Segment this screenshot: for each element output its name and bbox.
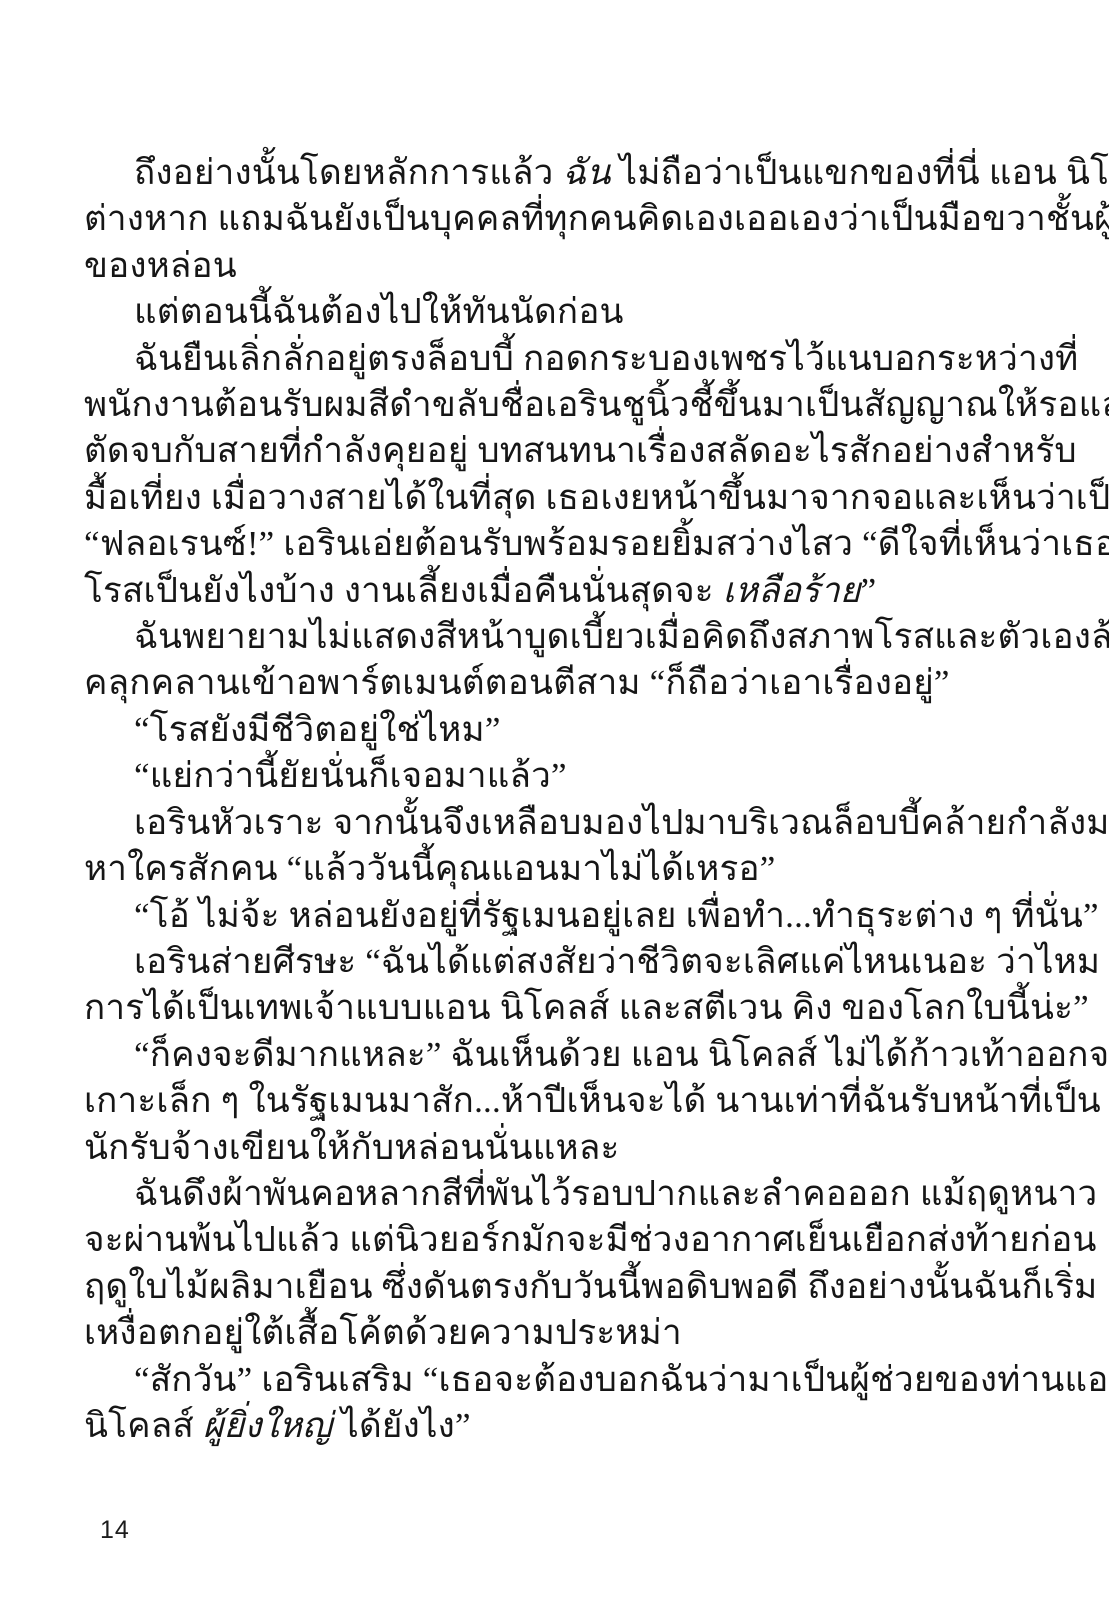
text-run: “ฟลอเรนซ์!” เอรินเอ่ยต้อนรับพร้อมรอยยิ้ม…	[84, 524, 1109, 563]
text-run: ได้ยังไง”	[332, 1406, 471, 1445]
text-run: เกาะเล็ก ๆ ในรัฐเมนมาสัก...ห้าปีเห็นจะได…	[84, 1081, 1101, 1120]
text-line: หาใครสักคน “แล้ววันนี้คุณแอนมาไม่ได้เหรอ…	[84, 846, 896, 892]
text-line: เกาะเล็ก ๆ ในรัฐเมนมาสัก...ห้าปีเห็นจะได…	[84, 1078, 896, 1124]
text-run: “โอ้ ไม่จ้ะ หล่อนยังอยู่ที่รัฐเมนอยู่เลย…	[134, 896, 1099, 935]
text-line: พนักงานต้อนรับผมสีดำขลับชื่อเอรินชูนิ้วช…	[84, 382, 896, 428]
text-run: โรสเป็นยังไงบ้าง งานเลี้ยงเมื่อคืนนั่นสุ…	[84, 571, 723, 610]
text-run: มื้อเที่ยง เมื่อวางสายได้ในที่สุด เธอเงย…	[84, 478, 1109, 517]
text-line: นักรับจ้างเขียนให้กับหล่อนนั่นแหละ	[84, 1125, 896, 1171]
text-run: ฤดูใบไม้ผลิมาเยือน ซึ่งดันตรงกับวันนี้พอ…	[84, 1267, 1097, 1306]
emphasis-text: ฉัน	[562, 153, 610, 192]
text-line: ฉันยืนเลิ่กลั่กอยู่ตรงล็อบบี้ กอดกระบองเ…	[84, 336, 896, 382]
text-run: เอรินส่ายศีรษะ “ฉันได้แต่สงสัยว่าชีวิตจะ…	[134, 942, 1100, 981]
text-line: ของหล่อน	[84, 243, 896, 289]
emphasis-text: ผู้ยิ่งใหญ่	[203, 1406, 332, 1445]
body-text: ถึงอย่างนั้นโดยหลักการแล้ว ฉัน ไม่ถือว่า…	[84, 150, 896, 1449]
text-line: ฤดูใบไม้ผลิมาเยือน ซึ่งดันตรงกับวันนี้พอ…	[84, 1264, 896, 1310]
text-line: “โรสยังมีชีวิตอยู่ใช่ไหม”	[84, 707, 896, 753]
text-line: จะผ่านพ้นไปแล้ว แต่นิวยอร์กมักจะมีช่วงอา…	[84, 1217, 896, 1263]
text-line: คลุกคลานเข้าอพาร์ตเมนต์ตอนตีสาม “ก็ถือว่…	[84, 660, 896, 706]
text-run: ถึงอย่างนั้นโดยหลักการแล้ว	[134, 153, 562, 192]
text-run: นิโคลส์	[84, 1406, 203, 1445]
text-line: ถึงอย่างนั้นโดยหลักการแล้ว ฉัน ไม่ถือว่า…	[84, 150, 896, 196]
text-line: ฉันดึงผ้าพันคอหลากสีที่พันไว้รอบปากและลำ…	[84, 1171, 896, 1217]
text-line: การได้เป็นเทพเจ้าแบบแอน นิโคลส์ และสตีเว…	[84, 985, 896, 1031]
text-line: “สักวัน” เอรินเสริม “เธอจะต้องบอกฉันว่าม…	[84, 1357, 896, 1403]
text-run: “แย่กว่านี้ยัยนั่นก็เจอมาแล้ว”	[134, 756, 567, 795]
text-line: ตัดจบกับสายที่กำลังคุยอยู่ บทสนทนาเรื่อง…	[84, 428, 896, 474]
text-run: “สักวัน” เอรินเสริม “เธอจะต้องบอกฉันว่าม…	[134, 1360, 1109, 1399]
text-run: เหงื่อตกอยู่ใต้เสื้อโค้ตด้วยความประหม่า	[84, 1313, 682, 1352]
text-run: คลุกคลานเข้าอพาร์ตเมนต์ตอนตีสาม “ก็ถือว่…	[84, 663, 950, 702]
book-page: ถึงอย่างนั้นโดยหลักการแล้ว ฉัน ไม่ถือว่า…	[0, 0, 1109, 1621]
text-run: พนักงานต้อนรับผมสีดำขลับชื่อเอรินชูนิ้วช…	[84, 385, 1109, 424]
text-line: โรสเป็นยังไงบ้าง งานเลี้ยงเมื่อคืนนั่นสุ…	[84, 568, 896, 614]
text-line: ต่างหาก แถมฉันยังเป็นบุคคลที่ทุกคนคิดเอง…	[84, 196, 896, 242]
text-line: มื้อเที่ยง เมื่อวางสายได้ในที่สุด เธอเงย…	[84, 475, 896, 521]
text-run: หาใครสักคน “แล้ววันนี้คุณแอนมาไม่ได้เหรอ…	[84, 849, 775, 888]
text-run: ต่างหาก แถมฉันยังเป็นบุคคลที่ทุกคนคิดเอง…	[84, 199, 1109, 238]
text-line: เหงื่อตกอยู่ใต้เสื้อโค้ตด้วยความประหม่า	[84, 1310, 896, 1356]
page-number: 14	[100, 1516, 130, 1545]
text-line: เอรินส่ายศีรษะ “ฉันได้แต่สงสัยว่าชีวิตจะ…	[84, 939, 896, 985]
text-run: เอรินหัวเราะ จากนั้นจึงเหลือบมองไปมาบริเ…	[134, 803, 1109, 842]
text-run: ของหล่อน	[84, 246, 237, 285]
text-run: ฉันยืนเลิ่กลั่กอยู่ตรงล็อบบี้ กอดกระบองเ…	[134, 339, 1078, 378]
text-run: ไม่ถือว่าเป็นแขกของที่นี่ แอน นิโคลส์	[611, 153, 1109, 192]
text-run: ฉันพยายามไม่แสดงสีหน้าบูดเบี้ยวเมื่อคิดถ…	[134, 617, 1109, 656]
text-line: “โอ้ ไม่จ้ะ หล่อนยังอยู่ที่รัฐเมนอยู่เลย…	[84, 893, 896, 939]
text-line: แต่ตอนนี้ฉันต้องไปให้ทันนัดก่อน	[84, 289, 896, 335]
text-run: แต่ตอนนี้ฉันต้องไปให้ทันนัดก่อน	[134, 292, 624, 331]
text-run: “ก็คงจะดีมากแหละ” ฉันเห็นด้วย แอน นิโคลส…	[134, 1035, 1109, 1074]
text-run: “โรสยังมีชีวิตอยู่ใช่ไหม”	[134, 710, 501, 749]
text-run: นักรับจ้างเขียนให้กับหล่อนนั่นแหละ	[84, 1128, 619, 1167]
text-run: การได้เป็นเทพเจ้าแบบแอน นิโคลส์ และสตีเว…	[84, 988, 1089, 1027]
emphasis-text: เหลือร้าย	[723, 571, 861, 610]
text-line: นิโคลส์ ผู้ยิ่งใหญ่ ได้ยังไง”	[84, 1403, 896, 1449]
text-line: เอรินหัวเราะ จากนั้นจึงเหลือบมองไปมาบริเ…	[84, 800, 896, 846]
text-line: ฉันพยายามไม่แสดงสีหน้าบูดเบี้ยวเมื่อคิดถ…	[84, 614, 896, 660]
text-line: “แย่กว่านี้ยัยนั่นก็เจอมาแล้ว”	[84, 753, 896, 799]
text-line: “ฟลอเรนซ์!” เอรินเอ่ยต้อนรับพร้อมรอยยิ้ม…	[84, 521, 896, 567]
text-run: ตัดจบกับสายที่กำลังคุยอยู่ บทสนทนาเรื่อง…	[84, 431, 1077, 470]
text-run: จะผ่านพ้นไปแล้ว แต่นิวยอร์กมักจะมีช่วงอา…	[84, 1220, 1097, 1259]
text-run: ฉันดึงผ้าพันคอหลากสีที่พันไว้รอบปากและลำ…	[134, 1174, 1097, 1213]
text-line: “ก็คงจะดีมากแหละ” ฉันเห็นด้วย แอน นิโคลส…	[84, 1032, 896, 1078]
text-run: ”	[861, 571, 877, 610]
